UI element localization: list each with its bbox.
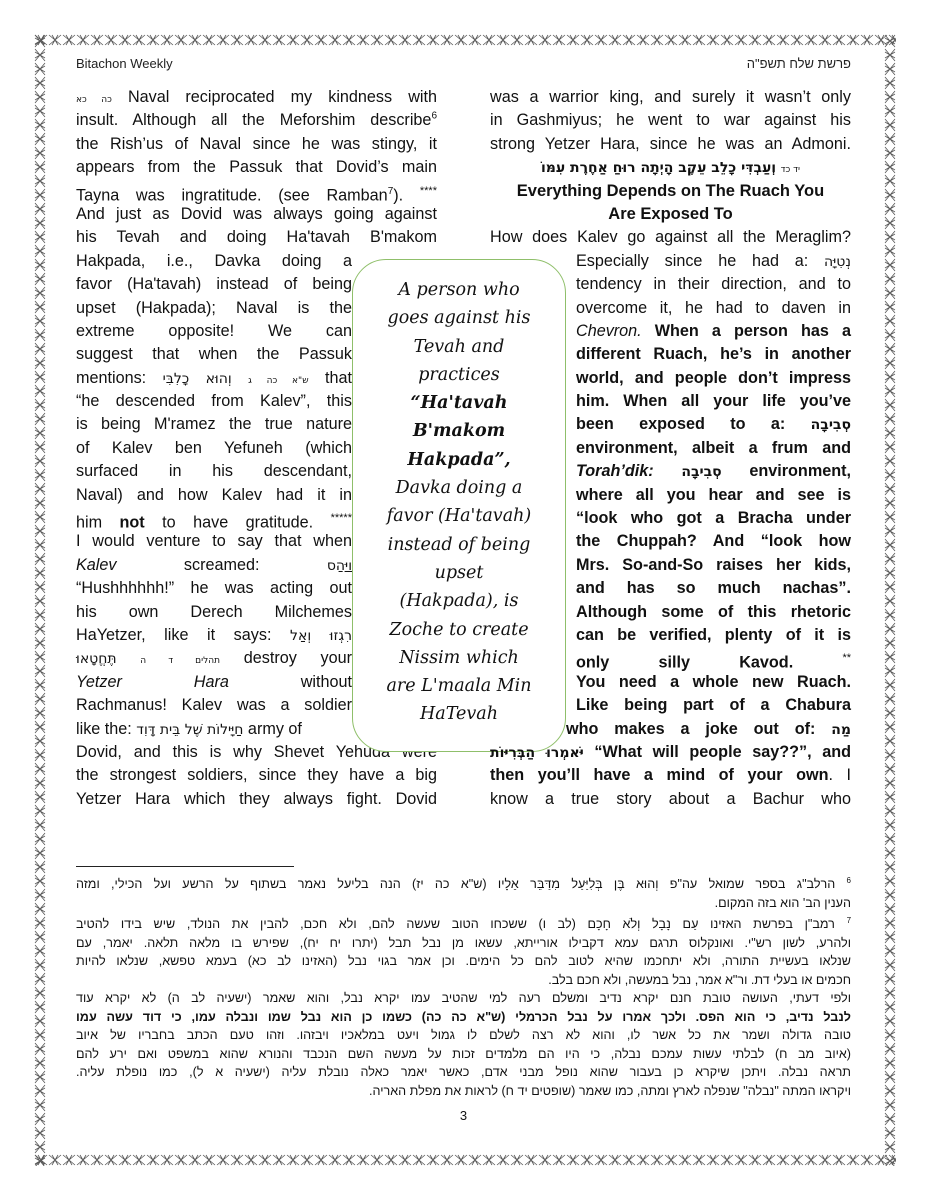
text: like the: (76, 720, 136, 738)
footnote-line: הענין הב' הוא בזה המקום. (76, 894, 851, 913)
hebrew-quote: חַיָּילוֹת שֶׁל בֵּית דָּוִד (136, 722, 243, 738)
text-line: And just as Dovid was always going again… (76, 203, 437, 226)
text-line: only silly Kavod. ** (576, 647, 851, 670)
section-stars: **** (420, 185, 437, 197)
text: ). (393, 186, 403, 204)
text: army of (243, 720, 301, 738)
publication-title: Bitachon Weekly (76, 56, 173, 71)
text: Kalev (76, 556, 117, 574)
hebrew-word: סְבִיבָה (811, 417, 851, 433)
text-line: Mrs. So-and-So raises her kids, (576, 554, 851, 577)
text-line: You need a whole new Ruach. (576, 671, 851, 694)
text-line: Tayna was ingratitude. (see Ramban7). **… (76, 180, 437, 203)
source-ref: ש"א כה ג (248, 376, 308, 386)
text-line: tendency in their direction, and to (576, 273, 851, 296)
text-line: him. When all your life you’ve (576, 390, 851, 413)
hebrew-quote: יֹּאמְרוּ הַבְּרִיּוֹת (490, 745, 584, 761)
section-heading: Are Exposed To (490, 203, 851, 226)
footnote-line: תראה נבלה. ויתכן שיקרא כן בעבור שהוא נופ… (76, 1063, 851, 1082)
text-line: extreme opposite! We can (76, 320, 352, 343)
text-line: insult. Although all the Meforshim descr… (76, 109, 437, 132)
border-right (884, 34, 896, 1166)
text-line: mentions: ש"א כה ג וְהוּא כָלִבִּי that (76, 367, 352, 390)
footnote-line: לנבל נדיב, כי הוא הפס. ולכך אמרו על נבל … (76, 1008, 851, 1027)
footnote-line: ולהרע, לשון רש"י. ואונקלוס תרגם עמא דקבי… (76, 934, 851, 953)
text: that (309, 369, 352, 387)
footnote-line: שנלאו בעשיית התורה, ולא יתחכמו שהיא לטוב… (76, 952, 851, 971)
footnote-line: חכמים או בעלי דת. ור"א אמר, נבל במעשה, ו… (76, 971, 851, 990)
footnote-ref: 6 (431, 111, 437, 122)
border-top (34, 34, 896, 46)
text-line: I would venture to say that when (76, 530, 352, 553)
text: without (301, 673, 352, 691)
source-ref: יד כד (781, 165, 800, 175)
footnote-line: 6 הרלב"ג בספר שמואל עה"פ וְהוּא בֶּן בְּ… (76, 872, 851, 894)
text-line: his own Derech Milchemes (76, 601, 352, 624)
footnote-line: (איוב מב ח) לבלתי עשות עמכם נבלה, כי היו… (76, 1045, 851, 1064)
text: Hara (194, 673, 229, 691)
text-line: יֹּאמְרוּ הַבְּרִיּוֹת “What will people… (490, 741, 851, 764)
parsha-title: פרשת שלח תשפ"ה (747, 56, 851, 71)
bold-text: When a person has a (655, 322, 851, 340)
text-line: know a true story about a Bachur who (490, 788, 851, 811)
text-line: where all you hear and see is (576, 484, 851, 507)
hebrew-quote: וְעַבְדִּי כָלֵב עֵקֶב הָיְתָה רוּחַ אַח… (541, 160, 776, 176)
text: who makes a joke out of: (566, 720, 831, 738)
text: been exposed to a: (576, 415, 811, 433)
text: destroy your (220, 649, 352, 667)
text: רמב"ן בפרשת האזינו עַם נָבָל וְלֹא חָכָם… (76, 917, 835, 931)
hebrew-quote: תֶּחֱטָאוּ (76, 651, 117, 667)
hebrew-word: מַה (831, 722, 851, 738)
footnote-number: 6 (847, 876, 851, 885)
page-header: Bitachon Weekly פרשת שלח תשפ"ה (76, 56, 851, 76)
hebrew-quote: רִגְזוּ וְאַל (290, 628, 352, 644)
text-line: Naval) and how Kalev had it in (76, 484, 352, 507)
text-line: כה כא Naval reciprocated my kindness wit… (76, 86, 437, 109)
text: only silly Kavod. (576, 654, 793, 672)
footnotes: 6 הרלב"ג בספר שמואל עה"פ וְהוּא בֶּן בְּ… (76, 872, 851, 1100)
text-line: was a warrior king, and surely it wasn’t… (490, 86, 851, 109)
hebrew-verse: יד כד וְעַבְדִּי כָלֵב עֵקֶב הָיְתָה רוּ… (490, 156, 851, 179)
text-line: Like being part of a Chabura (576, 694, 851, 717)
text-line: different Ruach, he’s in another (576, 343, 851, 366)
text-line: appears from the Passuk that Dovid’s mai… (76, 156, 437, 179)
text: . I (828, 766, 851, 784)
footnote-separator (76, 866, 294, 867)
text: HaYetzer, like it says: (76, 626, 290, 644)
text-line: Although some of this rhetoric (576, 601, 851, 624)
text: הרלב"ג בספר שמואל עה"פ וְהוּא בֶּן בְּלִ… (76, 877, 835, 891)
text-line: him not to have gratitude. ***** (76, 507, 352, 530)
text-line: overcome it, he had to daven in (576, 297, 851, 320)
source-ref: כה כא (76, 95, 112, 105)
text-line: “look who got a Bracha under (576, 507, 851, 530)
text-line: Yetzer Hara without (76, 671, 352, 694)
text: Especially since he had a: (576, 252, 824, 270)
text-line: environment, albeit a frum and (576, 437, 851, 460)
text-line: Chevron. When a person has a (576, 320, 851, 343)
footnote-line: ולפי דעתי, העושה טובת חנם יקרא נדיב ומשל… (76, 989, 851, 1008)
section-stars: ***** (331, 512, 352, 524)
text-line: upset (Hakpada); Naval is the (76, 297, 352, 320)
text-line: the Chuppah? And “look how (576, 530, 851, 553)
text: “What will people say??”, and (584, 743, 851, 761)
text: Chevron. (576, 322, 655, 340)
text-line: then you’ll have a mind of your own. I (490, 764, 851, 787)
text-line: the Rish’us of Naval since he was stingy… (76, 133, 437, 156)
bold-text: then you’ll have a mind of your own (490, 766, 828, 784)
hebrew-word: נְטִיָּה (824, 254, 851, 270)
text-line: How does Kalev go against all the Meragl… (490, 226, 851, 249)
text-line: Torah’dik: סְבִיבָה environment, (576, 460, 851, 483)
section-stars: ** (842, 652, 851, 664)
footnote-line: ויקראו המתה "נבלה" שנפלה לארץ ומתה, כמו … (76, 1082, 851, 1101)
text: Yetzer (76, 673, 122, 691)
text-line: Kalev screamed: וַיַּהַס (76, 554, 352, 577)
text: insult. Although all the Meforshim descr… (76, 111, 431, 129)
text-line: HaYetzer, like it says: רִגְזוּ וְאַל (76, 624, 352, 647)
hebrew-quote: וְהוּא כָלִבִּי (163, 371, 232, 387)
text-line: is being M'ramez the true nature (76, 413, 352, 436)
text-line: and has so much nachas”. (576, 577, 851, 600)
source-ref: תהלים ד ה (140, 656, 220, 666)
text-line: Hakpada, i.e., Davka doing a (76, 250, 352, 273)
text: screamed: (184, 556, 260, 574)
page-number: 3 (0, 1108, 927, 1123)
text: Tayna was ingratitude. (see Ramban (76, 186, 388, 204)
text: Naval reciprocated my kindness with (112, 88, 437, 106)
text-line: “he descended from Kalev”, this (76, 390, 352, 413)
border-left (34, 34, 46, 1166)
text-line: who makes a joke out of: מַה (490, 718, 851, 741)
text-line: world, and people don’t impress (576, 367, 851, 390)
text-line: surfaced in his descendant, (76, 460, 352, 483)
text-line: “Hushhhhhh!” he was acting out (76, 577, 352, 600)
footnote-line: 7 רמב"ן בפרשת האזינו עַם נָבָל וְלֹא חָכ… (76, 912, 851, 934)
text-line: like the: חַיָּילוֹת שֶׁל בֵּית דָּוִד a… (76, 718, 352, 741)
text-line: of Kalev ben Yefuneh (which (76, 437, 352, 460)
text-line: Especially since he had a: נְטִיָּה (576, 250, 851, 273)
border-bottom (34, 1154, 896, 1166)
section-heading: Everything Depends on The Ruach You (490, 180, 851, 203)
text: him (76, 513, 120, 531)
bold-text: not (120, 513, 145, 531)
text-line: been exposed to a: סְבִיבָה (576, 413, 851, 436)
footnote-number: 7 (847, 916, 851, 925)
text-line: favor (Ha'tavah) instead of being (76, 273, 352, 296)
text-line: strong Yetzer Hara, since he was an Admo… (490, 133, 851, 156)
text-line: in Gashmiyus; he went to war against his (490, 109, 851, 132)
text-line: the strongest soldiers, since they have … (76, 764, 437, 787)
text-line: can be verified, plenty of it is (576, 624, 851, 647)
hebrew-word: סְבִיבָה (681, 464, 721, 480)
text-line: suggest that when the Passuk (76, 343, 352, 366)
text-line: Rachmanus! Kalev was a soldier (76, 694, 352, 717)
text-line: his Tevah and doing Ha'tavah B'makom (76, 226, 437, 249)
footnote-line: טובה גדולה ושמר את כל אשר לו, והוא לא רצ… (76, 1026, 851, 1045)
text-line: תהלים ד ה תֶּחֱטָאוּ destroy your (76, 647, 352, 670)
text-line: Yetzer Hara which they always fight. Dov… (76, 788, 437, 811)
text: mentions: (76, 369, 163, 387)
text: Torah’dik: (576, 462, 681, 480)
hebrew-quote: וַיַּהַס (327, 558, 352, 574)
text: environment, (722, 462, 851, 480)
text: to have gratitude. (145, 513, 313, 531)
right-column: was a warrior king, and surely it wasn’t… (490, 86, 851, 811)
